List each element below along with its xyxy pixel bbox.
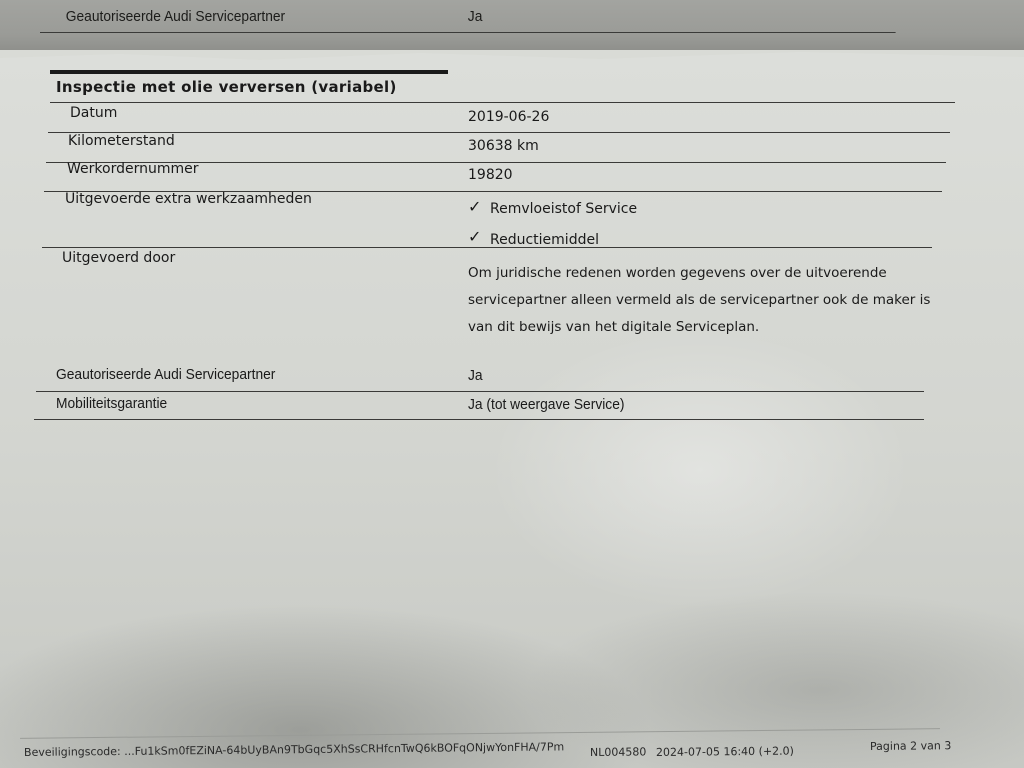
werkordernummer-value: 19820 (468, 167, 513, 183)
checkmark-icon: ✓ (468, 197, 481, 216)
document-page: Inspectie met olie verversen (variabel) … (0, 50, 1024, 768)
divider (42, 247, 932, 248)
werkordernummer-label: Werkordernummer (67, 161, 198, 177)
performed-by-label: Uitgevoerd door (62, 250, 175, 266)
divider (34, 419, 924, 420)
divider (36, 391, 924, 392)
extra-work-item: Remvloeistof Service (490, 201, 637, 217)
performed-by-line: Om juridische redenen worden gegevens ov… (468, 260, 938, 287)
footer-security-code: Beveiligingscode: ...Fu1kSm0fEZiNA-64bUy… (24, 740, 564, 759)
footer-divider (20, 728, 940, 739)
checkmark-icon: ✓ (468, 227, 481, 246)
datum-label: Datum (70, 105, 117, 121)
performed-by-text: Om juridische redenen worden gegevens ov… (468, 260, 938, 341)
section-title: Inspectie met olie verversen (variabel) (56, 78, 397, 96)
extra-work-item: Reductiemiddel (490, 232, 599, 248)
previous-page-label: Geautoriseerde Audi Servicepartner (66, 8, 285, 25)
previous-page-strip: Geautoriseerde Audi Servicepartner Ja (0, 0, 1024, 50)
extra-work-label: Uitgevoerde extra werkzaamheden (65, 191, 312, 207)
footer-timestamp: 2024-07-05 16:40 (+2.0) (656, 745, 794, 759)
footer-dealer-code: NL004580 (590, 745, 646, 759)
performed-by-line: servicepartner alleen vermeld als de ser… (468, 287, 938, 314)
previous-page-row: Geautoriseerde Audi Servicepartner Ja (40, 0, 896, 33)
kilometerstand-value: 30638 km (468, 138, 539, 154)
previous-page-value: Ja (468, 8, 483, 25)
authorized-partner-label: Geautoriseerde Audi Servicepartner (56, 366, 275, 383)
divider (48, 132, 950, 133)
performed-by-line: van dit bewijs van het digitale Servicep… (468, 314, 938, 341)
kilometerstand-label: Kilometerstand (68, 133, 175, 149)
authorized-partner-value: Ja (468, 367, 483, 384)
datum-value: 2019-06-26 (468, 109, 549, 125)
footer-page-number: Pagina 2 van 3 (870, 739, 951, 753)
mobility-guarantee-value: Ja (tot weergave Service) (468, 396, 624, 413)
heading-bar (50, 70, 448, 74)
mobility-guarantee-label: Mobiliteitsgarantie (56, 395, 167, 412)
divider (50, 102, 955, 103)
